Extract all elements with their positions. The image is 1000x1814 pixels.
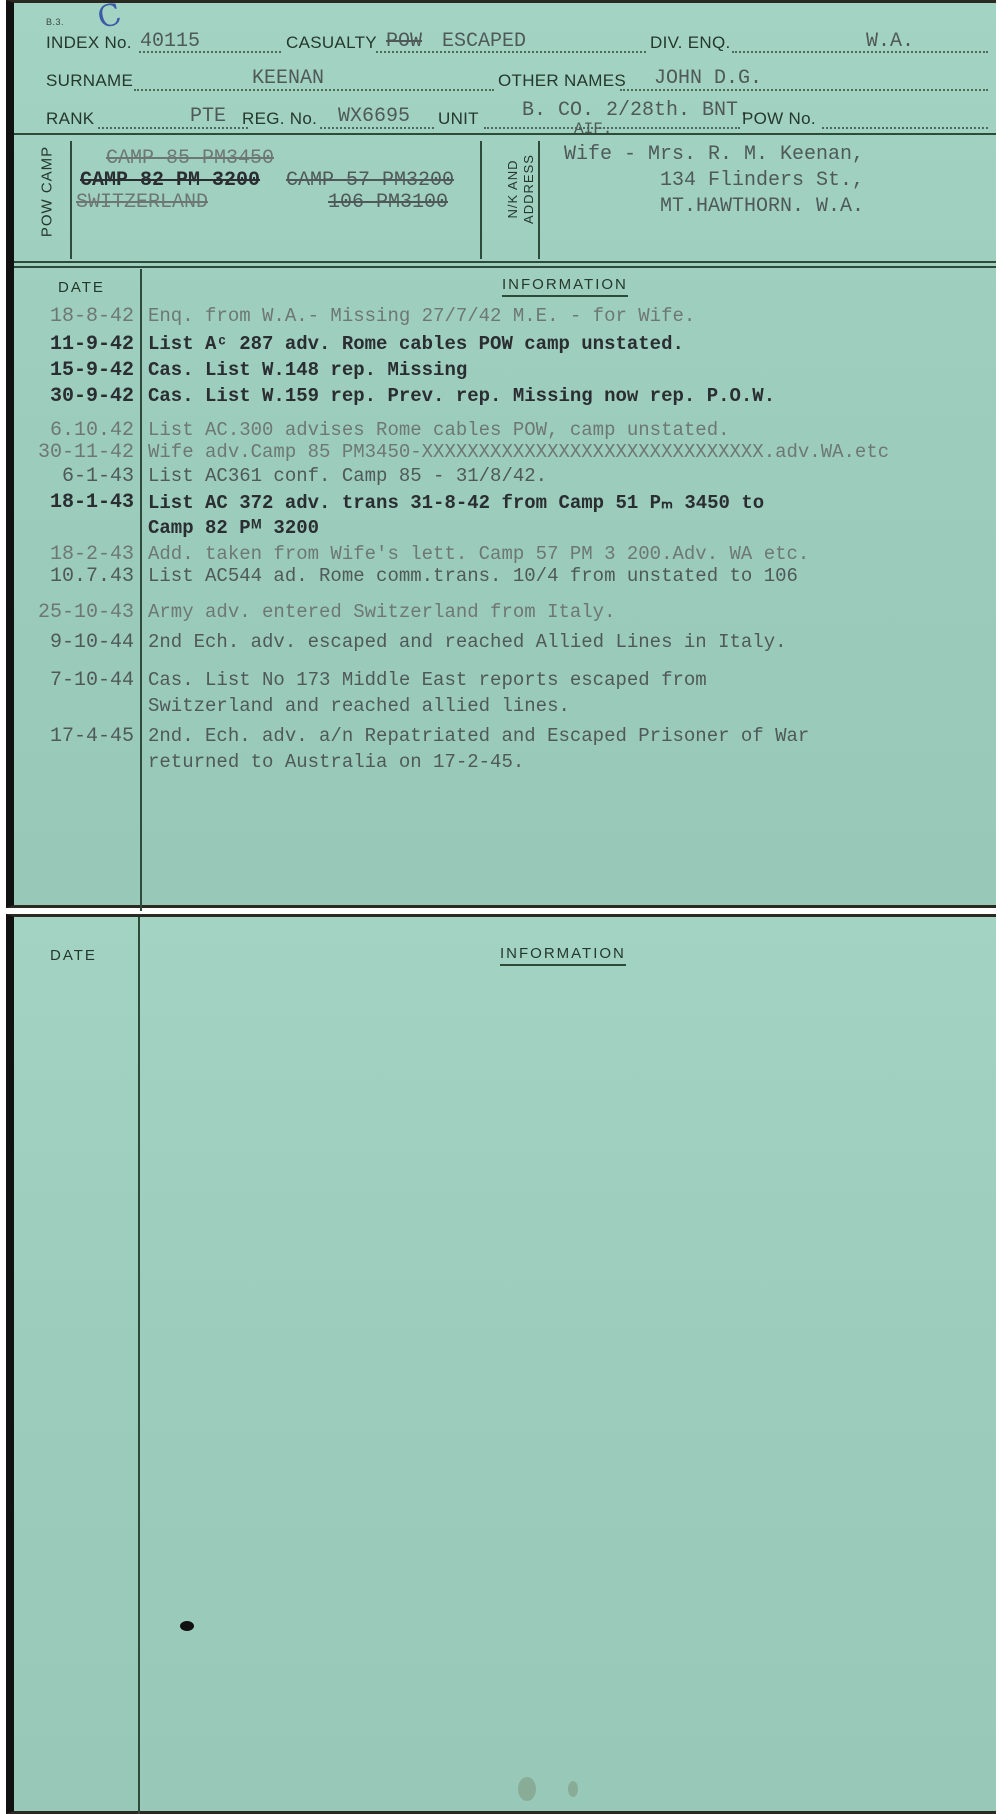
casualty-struck: POW: [386, 30, 422, 53]
surname-label: SURNAME: [46, 71, 133, 91]
entry-date: 25-10-43: [22, 601, 134, 624]
div-enq-dots: [732, 51, 988, 53]
div-enq-label: DIV. ENQ.: [650, 33, 731, 53]
entry-date: 11-9-42: [22, 333, 134, 356]
entry-info: List AC544 ad. Rome comm.trans. 10/4 fro…: [148, 565, 798, 587]
form-code: B.3.: [46, 17, 64, 27]
reg-no-value: WX6695: [338, 105, 410, 128]
entry-info: 2nd Ech. adv. escaped and reached Allied…: [148, 631, 787, 653]
nk-address-line: MT.HAWTHORN. W.A.: [660, 195, 864, 218]
stain-mark: [568, 1781, 578, 1797]
entry-info: 2nd. Ech. adv. a/n Repatriated and Escap…: [148, 725, 809, 747]
entry-info: Add. taken from Wife's lett. Camp 57 PM …: [148, 543, 809, 565]
entry-info: Enq. from W.A.- Missing 27/7/42 M.E. - f…: [148, 305, 695, 327]
rank-label: RANK: [46, 109, 94, 129]
entry-date: 30-9-42: [22, 385, 134, 408]
section-divider: [14, 266, 996, 268]
index-label: INDEX No.: [46, 33, 132, 53]
pow-camp-divider: [70, 141, 72, 259]
unit-value: B. CO. 2/28th. BNT.: [522, 99, 750, 122]
entry-info: List Aᶜ 287 adv. Rome cables POW camp un…: [148, 333, 684, 355]
pow-no-label: POW No.: [742, 109, 816, 129]
entry-date: 7-10-44: [22, 669, 134, 692]
entry-date: 9-10-44: [22, 631, 134, 654]
entry-info: List AC 372 adv. trans 31-8-42 from Camp…: [148, 491, 764, 514]
nk-address-line: 134 Flinders St.,: [660, 169, 864, 192]
nk-label: N/K AND ADDRESS: [505, 134, 537, 244]
pow-camp-line: CAMP 57 PM3200: [286, 169, 454, 192]
entry-info: Army adv. entered Switzerland from Italy…: [148, 601, 615, 623]
record-card-back: DATE INFORMATION: [6, 914, 996, 1814]
entry-date: 18-1-43: [22, 491, 134, 514]
pow-camp-line: SWITZERLAND: [76, 191, 208, 214]
pow-camp-label: POW CAMP: [39, 137, 56, 247]
record-card-front: B.3. C INDEX No. 40115 CASUALTY POW ESCA…: [6, 0, 996, 908]
date-column-divider: [138, 917, 140, 1814]
entry-date: 10.7.43: [22, 565, 134, 588]
pow-no-dots: [822, 127, 988, 129]
information-header: INFORMATION: [500, 945, 626, 966]
casualty-label: CASUALTY: [286, 33, 377, 53]
entry-date: 17-4-45: [22, 725, 134, 748]
entry-info: List AC361 conf. Camp 85 - 31/8/42.: [148, 465, 547, 487]
entry-info: returned to Australia on 17-2-45.: [148, 751, 524, 773]
information-header: INFORMATION: [502, 276, 628, 297]
entry-date: 6.10.42: [22, 419, 134, 442]
nk-divider-left: [480, 141, 482, 259]
section-divider: [14, 261, 996, 263]
entry-date: 30-11-42: [22, 441, 134, 464]
entry-info: Switzerland and reached allied lines.: [148, 695, 570, 717]
entry-info: Camp 82 Pᴹ 3200: [148, 517, 319, 539]
other-names-label: OTHER NAMES: [498, 71, 626, 91]
unit-value-line2: AIF.: [574, 120, 612, 138]
stain-mark: [518, 1777, 536, 1801]
other-names-value: JOHN D.G.: [654, 67, 762, 90]
nk-label-line1: N/K AND: [505, 134, 521, 244]
entry-info: Cas. List No 173 Middle East reports esc…: [148, 669, 707, 691]
nk-divider-right: [538, 141, 540, 259]
date-header: DATE: [50, 947, 97, 964]
reg-no-label: REG. No.: [242, 109, 317, 129]
rank-value: PTE: [190, 105, 226, 128]
entry-info: List AC.300 advises Rome cables POW, cam…: [148, 419, 730, 441]
unit-label: UNIT: [438, 109, 479, 129]
nk-address-line: Wife - Mrs. R. M. Keenan,: [564, 143, 864, 166]
entry-info: Wife adv.Camp 85 PM3450-XXXXXXXXXXXXXXXX…: [148, 441, 889, 463]
entry-date: 18-8-42: [22, 305, 134, 328]
surname-value: KEENAN: [252, 67, 324, 90]
nk-label-line2: ADDRESS: [521, 134, 537, 244]
entry-info: Cas. List W.159 rep. Prev. rep. Missing …: [148, 385, 775, 407]
casualty-value: ESCAPED: [442, 30, 526, 53]
pow-camp-line: CAMP 82 PM 3200: [80, 169, 260, 192]
div-enq-value: W.A.: [866, 30, 914, 53]
entry-info: Cas. List W.148 rep. Missing: [148, 359, 467, 381]
date-header: DATE: [58, 279, 105, 296]
date-column-divider: [140, 269, 142, 911]
pow-camp-line: 106 PM3100: [328, 191, 448, 214]
pow-camp-line: CAMP 85 PM3450: [106, 147, 274, 170]
ink-blot: [180, 1621, 194, 1631]
entry-date: 18-2-43: [22, 543, 134, 566]
index-value: 40115: [140, 30, 200, 53]
entry-date: 6-1-43: [22, 465, 134, 488]
entry-date: 15-9-42: [22, 359, 134, 382]
handwritten-mark: C: [94, 0, 125, 36]
